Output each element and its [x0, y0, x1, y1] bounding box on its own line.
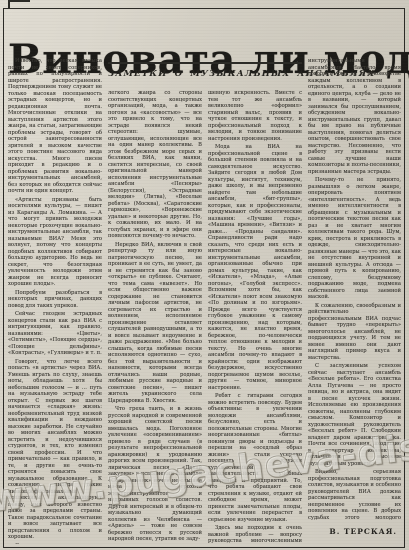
paragraph: Сейчас гвоздем эстрадных концертов стали… [8, 311, 102, 357]
article-subtitle: ЗАМЕТКИ О МУЗЫКАЛЬНЫХ АНСАМБЛЯХ [108, 69, 302, 79]
paragraph: Снисходительное отношение к исполнителям [8, 543, 102, 545]
paragraph: инструментальными ансамблями. Настало вр… [308, 58, 401, 175]
text-column-2: легкого жанра со стороны соответствующих… [108, 90, 202, 544]
paragraph: Мода на ВИА на профессиональной сцене в … [208, 144, 302, 391]
paragraph: Попробуем разобраться в некоторых причин… [8, 290, 102, 310]
paragraph: Нередко ВИА, включив в свой репертуар ту… [108, 242, 202, 405]
paragraph: Известно, что легкая музыка почти не зна… [8, 58, 102, 195]
paragraph: К сожалению, своеобразным и действительн… [308, 303, 401, 362]
newspaper-clipping: Виновата ли мода? ЗАМЕТКИ О МУЗЫКАЛЬНЫХ … [0, 0, 409, 550]
paragraph: С заслуженным успехом сейчас выступает а… [308, 363, 401, 467]
paragraph: Здесь мы подходим к очень важной проблем… [208, 525, 302, 544]
paragraph: Ребят с гитарами сегодня можно встретить… [208, 393, 302, 523]
text-column-1: Известно, что легкая музыка почти не зна… [8, 58, 102, 544]
paragraph: Говорят, что легче всего попасть «в арти… [8, 359, 102, 541]
paragraph: легкого жанра со стороны соответствующих… [108, 90, 202, 240]
paragraph: Видимо, серьезная профессиональная подго… [308, 469, 401, 520]
paragraph: Почему-то не принято, размышляя о легком… [308, 177, 401, 301]
text-column-4: инструментальными ансамблями. Настало вр… [308, 58, 401, 520]
paragraph: Что греха таить, и в жизнь русской народ… [108, 406, 202, 543]
subtitle-box: ЗАМЕТКИ О МУЗЫКАЛЬНЫХ АНСАМБЛЯХ [108, 62, 302, 79]
author-signature: В. ТЕРСКАЯ. [329, 527, 397, 536]
text-column-3: шевную искренность. Вместе с тем тот же … [208, 90, 302, 544]
paragraph: «Артисты призваны быть носителями культу… [8, 197, 102, 288]
corner-mark [8, 0, 30, 9]
paragraph: шевную искренность. Вместе с тем тот же … [208, 90, 302, 142]
